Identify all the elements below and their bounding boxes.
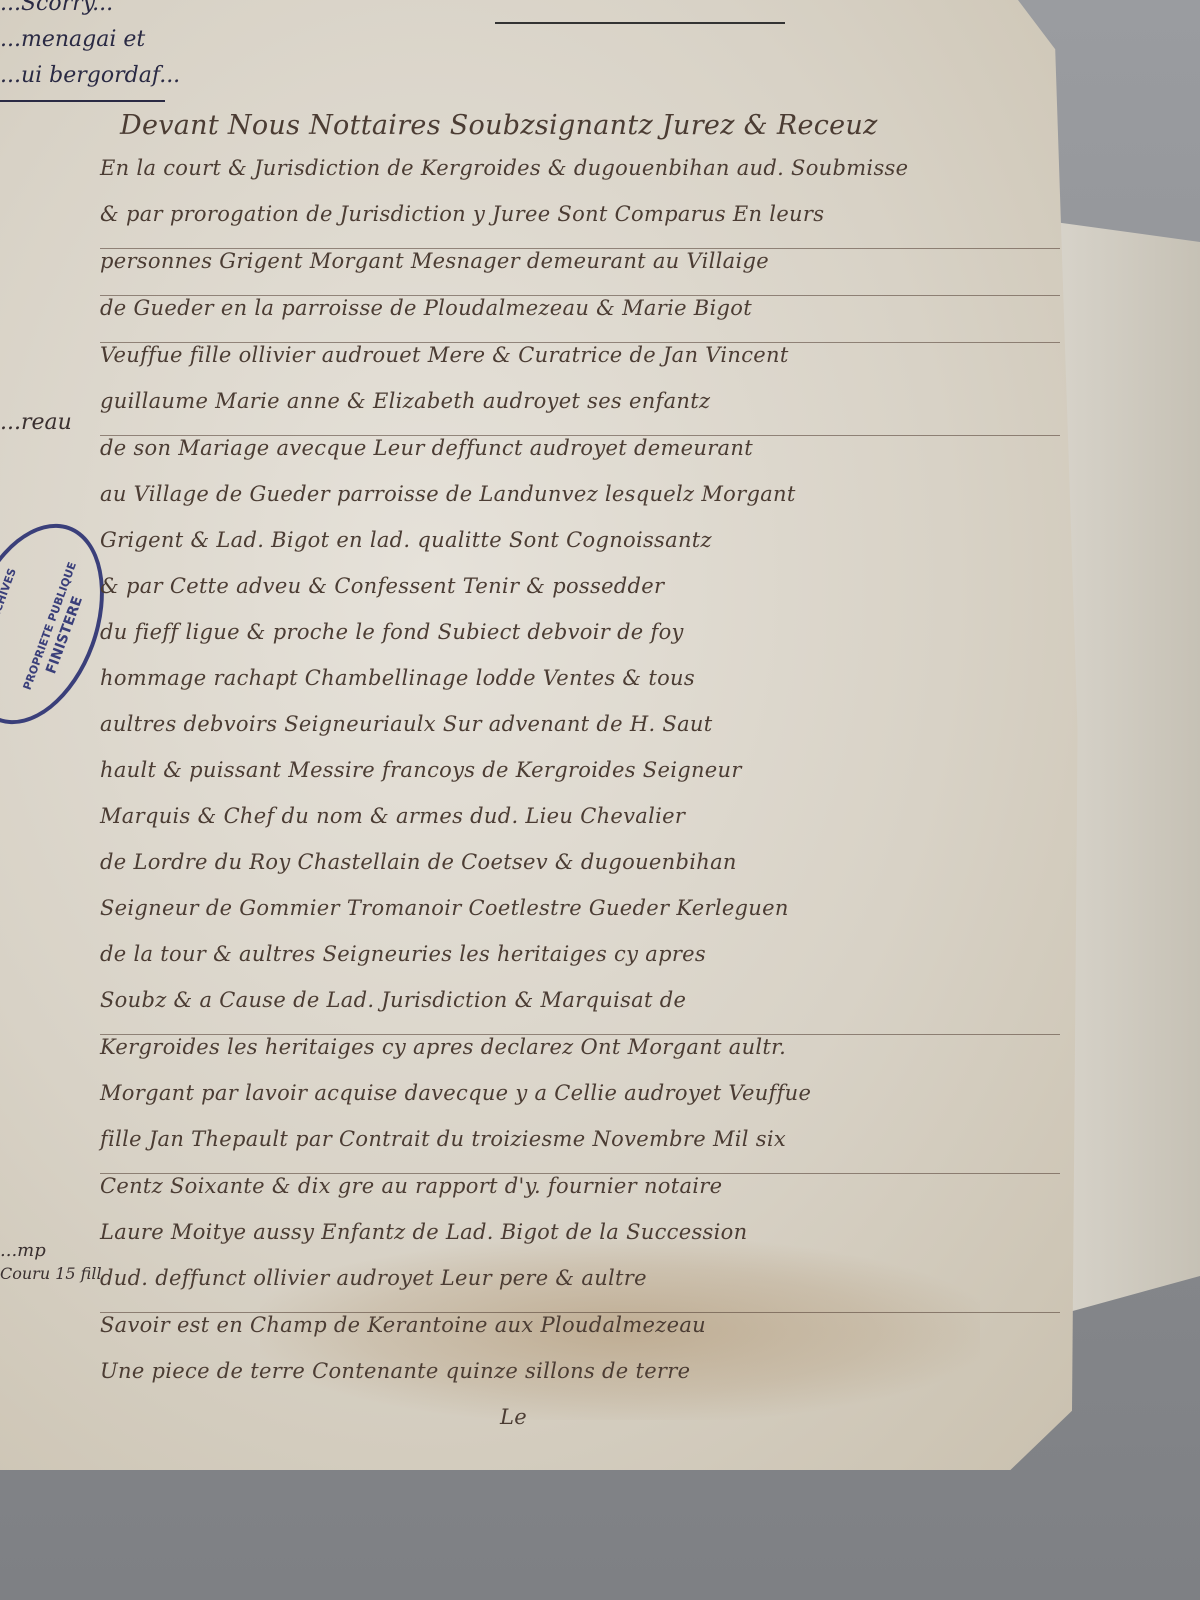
top-left-note: ...Scorry... ...menagai et ...ui bergord…	[0, 0, 180, 94]
manuscript-line: Kergroides les heritaiges cy apres decla…	[100, 1035, 1060, 1081]
manuscript-line: de la tour & aultres Seigneuries les her…	[100, 942, 1060, 988]
manuscript-line: Veuffue fille ollivier audrouet Mere & C…	[100, 343, 1060, 389]
margin-note: ...reau	[0, 410, 72, 435]
manuscript-line: de Lordre du Roy Chastellain de Coetsev …	[100, 850, 1060, 896]
top-note-line: ...ui bergordaf...	[0, 58, 180, 94]
manuscript-line: En la court & Jurisdiction de Kergroides…	[100, 156, 1060, 202]
manuscript-line: Morgant par lavoir acquise davecque y a …	[100, 1081, 1060, 1127]
manuscript-line: & par Cette adveu & Confessent Tenir & p…	[100, 574, 1060, 620]
top-note-line: ...menagai et	[0, 22, 180, 58]
manuscript-line: Soubz & a Cause de Lad. Jurisdiction & M…	[100, 988, 1060, 1035]
manuscript-line: Seigneur de Gommier Tromanoir Coetlestre…	[100, 896, 1060, 942]
manuscript-line: personnes Grigent Morgant Mesnager demeu…	[100, 249, 1060, 296]
manuscript-line: guillaume Marie anne & Elizabeth audroye…	[100, 389, 1060, 436]
manuscript-line: fille Jan Thepault par Contrait du troiz…	[100, 1127, 1060, 1174]
margin-note: ...mp	[0, 1240, 46, 1261]
manuscript-line: au Village de Gueder parroisse de Landun…	[100, 482, 1060, 528]
manuscript-line: Une piece de terre Contenante quinze sil…	[100, 1359, 1060, 1405]
top-ruled-box	[495, 0, 785, 24]
stamp-line: ARCHIVES	[0, 567, 19, 630]
top-note-line: ...Scorry...	[0, 0, 180, 22]
manuscript-line: Marquis & Chef du nom & armes dud. Lieu …	[100, 804, 1060, 850]
manuscript-body: Devant Nous Nottaires Soubzsignantz Jure…	[100, 110, 1060, 1451]
manuscript-line: aultres debvoirs Seigneuriaulx Sur adven…	[100, 712, 1060, 758]
signature-mark: Le	[100, 1405, 1060, 1451]
manuscript-line: de son Mariage avecque Leur deffunct aud…	[100, 436, 1060, 482]
manuscript-line: de Gueder en la parroisse de Ploudalmeze…	[100, 296, 1060, 343]
manuscript-line: hommage rachapt Chambellinage lodde Vent…	[100, 666, 1060, 712]
manuscript-line: hault & puissant Messire francoys de Ker…	[100, 758, 1060, 804]
manuscript-line: Laure Moitye aussy Enfantz de Lad. Bigot…	[100, 1220, 1060, 1266]
manuscript-line: & par prorogation de Jurisdiction y Jure…	[100, 202, 1060, 249]
top-note-rule	[0, 100, 165, 102]
manuscript-line: dud. deffunct ollivier audroyet Leur per…	[100, 1266, 1060, 1313]
manuscript-line: Grigent & Lad. Bigot en lad. qualitte So…	[100, 528, 1060, 574]
manuscript-line: Devant Nous Nottaires Soubzsignantz Jure…	[100, 110, 1060, 156]
margin-note: Couru 15 fill	[0, 1264, 102, 1283]
manuscript-line: du fieff ligue & proche le fond Subiect …	[100, 620, 1060, 666]
manuscript-line: Centz Soixante & dix gre au rapport d'y.…	[100, 1174, 1060, 1220]
manuscript-line: Savoir est en Champ de Kerantoine aux Pl…	[100, 1313, 1060, 1359]
